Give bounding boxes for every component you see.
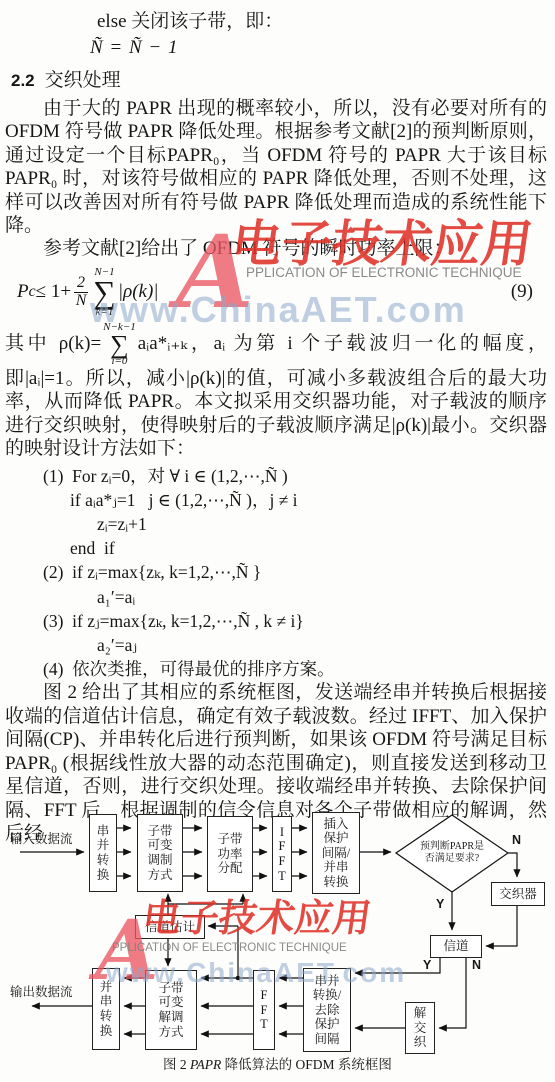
eq9-number: (9)	[511, 281, 533, 303]
algorithm-line: (1) For zᵢ=0，对 ∀ i ∈ (1,2,⋯,Ñ )	[5, 464, 547, 488]
caption-prefix: 图 2	[163, 1057, 190, 1072]
eq9-denominator: N	[76, 292, 87, 309]
junction-dot	[236, 976, 241, 981]
sigma-symbol: ∑	[93, 278, 116, 307]
algorithm-line: (2) if zᵢ=max{zₖ, k=1,2,⋯,Ñ }	[5, 560, 547, 584]
input-stream-label: 输入数据流	[10, 832, 73, 846]
eq9-summation: N−1∑k=1	[93, 267, 116, 318]
figure2-caption: 图 2 PAPR 降低算法的 OFDM 系统框图	[0, 1053, 555, 1073]
decision-papr-check: 预判断PAPR是 否满足要求?	[400, 836, 504, 870]
box-parallel-serial: 并 串 转 换	[92, 968, 120, 1050]
n-update-formula: Ñ = Ñ − 1	[90, 37, 547, 59]
label-n-bottom: N	[472, 958, 481, 972]
algorithm-line: (3) if zⱼ=max{zₖ, k=1,2,⋯,Ñ , k ≠ i}	[5, 609, 547, 633]
p3-sum-lower: i=0	[111, 356, 127, 367]
label-n-top: N	[512, 833, 521, 847]
p3-rest: 即|aᵢ|=1。所以，减小|ρ(k)|的值，可减小多载波组合后的最大功率，从而降…	[5, 368, 547, 459]
eq9-numerator: 2	[74, 275, 88, 293]
box-subband-modulation: 子带 可变 调制 方式	[137, 814, 183, 892]
box-subband-demodulation: 子带 可变 解调 方式	[145, 970, 197, 1050]
p3-lead: 其中 ρ(k)=	[5, 333, 101, 354]
eq9-variable-sub: c	[29, 283, 36, 301]
box-channel-estimation: 信道估计	[135, 915, 205, 939]
label-y-top: Y	[436, 897, 444, 911]
text-column: else 关闭该子带，即： Ñ = Ñ − 1 2.2交织处理 由于大的 PAP…	[0, 0, 555, 845]
section-heading: 2.2交织处理	[11, 65, 547, 92]
box-channel: 信道	[430, 935, 482, 958]
eq9-sum-lower: k=1	[96, 307, 114, 318]
algorithm-line: a₂′=aⱼ	[5, 633, 547, 657]
interleaver-algorithm: (1) For zᵢ=0，对 ∀ i ∈ (1,2,⋯,Ñ ) if aᵢa*ⱼ…	[5, 464, 547, 682]
caption-papr: PAPR	[190, 1057, 221, 1072]
paragraph-2: 参考文献[2]给出了 OFDM 符号的瞬时功率上限：	[5, 237, 547, 260]
sigma-symbol: ∑	[110, 333, 129, 356]
box-interleaver: 交织器	[491, 882, 545, 906]
eq9-fraction: 2N	[74, 275, 88, 310]
algorithm-line: if aᵢa*ⱼ=1 j ∈ (1,2,⋯,Ñ )，j ≠ i	[5, 488, 547, 512]
p3-mid: aᵢa*ᵢ₊ₖ，aᵢ 为第 i 个子载波归一化的幅度，	[138, 333, 547, 354]
paragraph-3: 其中 ρ(k)=N−k−1∑i=0aᵢa*ᵢ₊ₖ，aᵢ 为第 i 个子载波归一化…	[5, 322, 547, 461]
box-deinterleaver: 解 交 织	[405, 1002, 435, 1054]
box-subband-power: 子带 功率 分配	[207, 816, 253, 892]
eq9-body: |ρ(k)|	[118, 281, 159, 303]
section-number: 2.2	[11, 71, 35, 90]
box-insert-guard: 插入 保护 间隔/ 并串 转换	[312, 812, 360, 894]
algorithm-line: end if	[5, 536, 547, 560]
box-serial-parallel: 串 并 转 换	[89, 814, 117, 892]
caption-suffix: 降低算法的 OFDM 系统框图	[221, 1057, 392, 1072]
algorithm-line: (4) 依次类推，可得最优的排序方案。	[5, 657, 547, 681]
algorithm-line: zᵢ=zᵢ+1	[5, 512, 547, 536]
figure2-block-diagram: 输入数据流 输出数据流 串 并 转 换 子带 可变 调制 方式 子带 功率 分配…	[0, 806, 555, 1058]
box-ifft: I F F T	[272, 816, 292, 892]
else-statement: else 关闭该子带，即：	[97, 6, 547, 33]
p3-summation: N−k−1∑i=0	[103, 322, 136, 367]
box-fft: F F T	[253, 970, 275, 1050]
algorithm-line: a₁′=aᵢ	[5, 585, 547, 609]
paper-page: else 关闭该子带，即： Ñ = Ñ − 1 2.2交织处理 由于大的 PAP…	[0, 0, 555, 1082]
eq9-relation: ≤ 1+	[36, 281, 71, 303]
label-y-bottom: Y	[423, 958, 431, 972]
section-title: 交织处理	[45, 70, 121, 91]
paragraph-1: 由于大的 PAPR 出现的概率较小，所以，没有必要对所有的 OFDM 符号做 P…	[5, 97, 547, 237]
output-stream-label: 输出数据流	[10, 985, 73, 999]
eq9-variable: P	[17, 281, 29, 303]
equation-9: Pc ≤ 1+ 2N N−1∑k=1 |ρ(k)| (9)	[17, 267, 547, 318]
box-remove-guard: 串并 转换/ 去除 保护 间隔	[303, 968, 351, 1052]
